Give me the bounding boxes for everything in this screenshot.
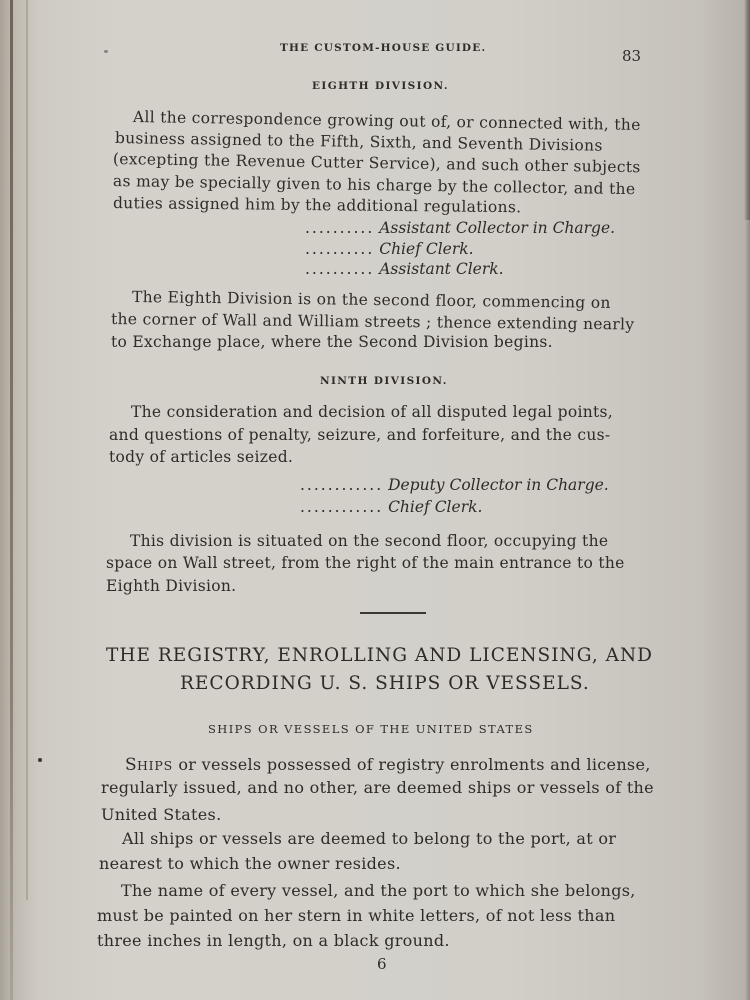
eighth-division-heading: EIGHTH DIVISION. [312,80,449,92]
ninth-division-heading: NINTH DIVISION. [320,375,448,387]
leader-dots: .......... [305,240,374,258]
binding-gutter-shadow [26,0,28,900]
leader-dots: ............ [300,476,383,494]
text-line: Eighth Division. [106,577,236,595]
text-line: All ships or vessels are deemed to belon… [122,829,616,848]
officer-line: .......... Assistant Clerk. [305,260,504,278]
text-line: duties assigned him by the additional re… [113,194,522,216]
registry-subheading: SHIPS OR VESSELS OF THE UNITED STATES [208,722,534,736]
running-title: THE CUSTOM-HOUSE GUIDE. [280,42,486,54]
leader-dots: ............ [300,498,383,516]
leader-dots: .......... [305,260,374,278]
text-line: must be painted on her stern in white le… [97,906,615,925]
text-line: regularly issued, and no other, are deem… [101,778,654,797]
paper-speck [104,50,108,53]
officer-title: Assistant Collector in Charge. [379,219,615,237]
text-run: or vessels possessed of registry enrolme… [173,755,651,774]
paper-speck [38,758,42,762]
lead-capital: S [125,755,137,775]
text-line: United States. [101,805,221,824]
text-line: The Eighth Division is on the second flo… [132,288,611,312]
text-line: and questions of penalty, seizure, and f… [109,426,610,444]
officer-line: .......... Assistant Collector in Charge… [305,219,615,237]
officer-title: Deputy Collector in Charge. [388,476,609,494]
section-title-line: THE REGISTRY, ENROLLING AND LICENSING, A… [106,645,653,666]
section-title-line: RECORDING U. S. SHIPS OR VESSELS. [180,673,590,694]
text-line: space on Wall street, from the right of … [106,554,625,572]
binding-gutter [10,0,13,1000]
text-line: three inches in length, on a black groun… [97,931,450,950]
officer-title: Assistant Clerk. [379,260,503,278]
book-page: THE CUSTOM-HOUSE GUIDE. 83 EIGHTH DIVISI… [0,0,750,1000]
text-line: the corner of Wall and William streets ;… [111,310,635,333]
officer-line: .......... Chief Clerk. [305,240,474,258]
text-line: nearest to which the owner resides. [99,854,401,873]
lead-small-caps: HIPS [137,758,173,773]
section-divider-rule [360,612,426,614]
officer-line: ............ Deputy Collector in Charge. [300,476,609,494]
officer-title: Chief Clerk. [379,240,473,258]
text-line: SHIPS or vessels possessed of registry e… [125,755,651,775]
signature-mark: 6 [377,955,387,973]
officer-title: Chief Clerk. [388,498,482,516]
text-line: This division is situated on the second … [130,532,608,550]
leader-dots: .......... [305,219,374,237]
text-line: tody of articles seized. [109,448,293,466]
officer-line: ............ Chief Clerk. [300,498,482,516]
text-line: to Exchange place, where the Second Divi… [111,333,553,351]
page-number: 83 [622,47,641,65]
page-edge-shadow [744,0,750,220]
text-line: The consideration and decision of all di… [131,403,613,421]
text-line: The name of every vessel, and the port t… [121,881,636,900]
